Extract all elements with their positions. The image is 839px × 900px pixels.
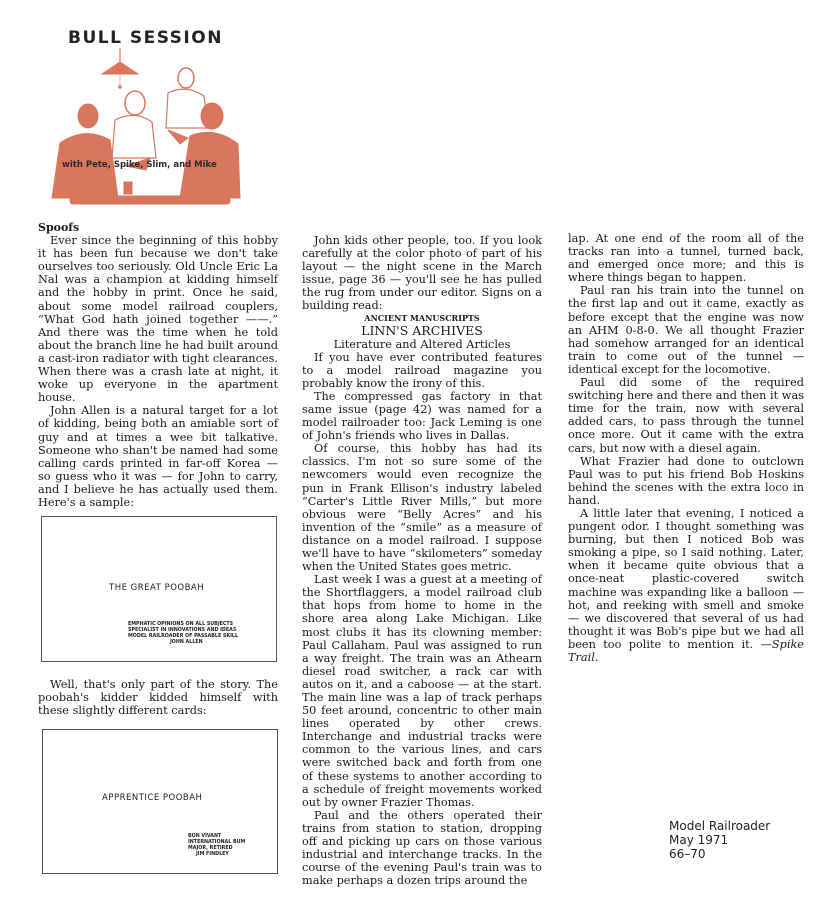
paragraph: Of course, this hobby has had its classi… xyxy=(302,442,542,573)
paragraph: If you have ever contributed features to… xyxy=(302,351,542,390)
sign-line-3: Literature and Altered Articles xyxy=(302,338,542,351)
paragraph: Ever since the beginning of this hobby i… xyxy=(38,234,278,404)
column-1: Spoofs Ever since the beginning of this … xyxy=(38,221,278,509)
paragraph: Well, that's only part of the story. The… xyxy=(38,678,278,717)
paragraph: Paul ran his train into the tunnel on th… xyxy=(568,284,804,376)
card-title: APPRENTICE POOBAH xyxy=(102,793,202,803)
sign-line-2: LINN'S ARCHIVES xyxy=(302,324,542,338)
paragraph: What Frazier had done to outclown Paul w… xyxy=(568,455,804,507)
card-name: JIM FINDLEY xyxy=(188,852,245,858)
card-lines: BON VIVANT INTERNATIONAL BUM MAJOR, RETI… xyxy=(188,834,245,858)
column-1-continued: Well, that's only part of the story. The… xyxy=(38,678,278,717)
byline: with Pete, Spike, Slim, and Mike xyxy=(62,160,217,170)
paragraph: Paul and the others operated their train… xyxy=(302,809,542,888)
column-2: John kids other people, too. If you look… xyxy=(302,234,542,887)
column-3: lap. At one end of the room all of the t… xyxy=(568,232,804,664)
calling-card-great-poobah: THE GREAT POOBAH EMPHATIC OPINIONS ON AL… xyxy=(41,516,277,662)
paragraph-text: A little later that evening, I noticed a… xyxy=(568,507,804,651)
card-name: JOHN ALLEN xyxy=(128,640,238,646)
page-range: 66–70 xyxy=(669,847,770,861)
paragraph: Last week I was a guest at a meeting of … xyxy=(302,573,542,809)
paragraph: Paul did some of the required switching … xyxy=(568,376,804,455)
sign-line-1: ANCIENT MANUSCRIPTS xyxy=(302,313,542,324)
card-title: THE GREAT POOBAH xyxy=(109,583,204,593)
source-citation: Model Railroader May 1971 66–70 xyxy=(669,819,770,861)
section-heading-spoofs: Spoofs xyxy=(38,221,278,234)
card-lines: EMPHATIC OPINIONS ON ALL SUBJECTS SPECIA… xyxy=(128,622,238,646)
paragraph: John Allen is a natural target for a lot… xyxy=(38,404,278,509)
column-title: BULL SESSION xyxy=(68,28,223,48)
paragraph: The compressed gas factory in that same … xyxy=(302,390,542,442)
paragraph: lap. At one end of the room all of the t… xyxy=(568,232,804,284)
paragraph: John kids other people, too. If you look… xyxy=(302,234,542,313)
publication-date: May 1971 xyxy=(669,833,770,847)
publication-name: Model Railroader xyxy=(669,819,770,833)
bull-session-illustration xyxy=(40,48,250,213)
paragraph-final: A little later that evening, I noticed a… xyxy=(568,507,804,664)
calling-card-apprentice-poobah: APPRENTICE POOBAH BON VIVANT INTERNATION… xyxy=(42,729,278,874)
